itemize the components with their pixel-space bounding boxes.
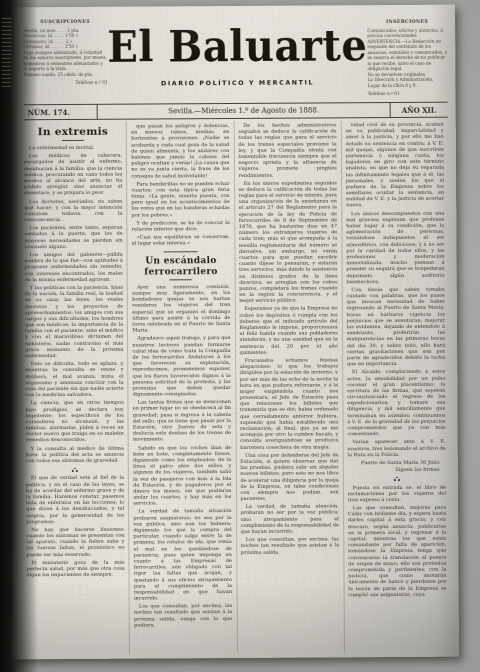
asterism-row <box>393 479 401 482</box>
article-body-continued: El que de verdad está al fiel de la polí… <box>26 475 125 579</box>
paragraph: Sabido es que los coches iban de bote en… <box>133 445 232 507</box>
asterism-ornament <box>348 476 446 482</box>
dateline-text: Sevilla.—Miércoles 1.º de Agosto de 1888… <box>98 103 390 119</box>
paragraph: Fracasados echamos buenas alegaciones: l… <box>240 357 339 450</box>
subscriptions-lines: Sevilla, un mes . . . . 1 pta.Provincias… <box>23 28 107 78</box>
paragraph: vidad civil de su provincia, acaban en s… <box>345 122 444 209</box>
paragraph: Los únicos descompuestos con una mal gra… <box>346 210 445 285</box>
article-body: De los hechos administrativos seguidos s… <box>238 122 339 555</box>
paragraph: Ayer una numerosa comisión, aunque muy l… <box>132 284 231 334</box>
newspaper-page: SUSCRIPCIONES Sevilla, un mes . . . . 1 … <box>3 5 459 660</box>
phone-number-right: Teléfono n.º 81 <box>368 91 448 97</box>
column-4: vidad civil de su provincia, acaban en s… <box>340 120 450 653</box>
body-columns: In extremis La enfermedad es mortal.Los … <box>24 120 451 655</box>
paragraph: Y de predicción, se ha de colocar la rel… <box>132 220 230 233</box>
newspaper-subtitle: DIARIO POLÍTICO Y MERCANTIL <box>108 79 368 88</box>
paragraph: La ciencia, que en otros tiempos hizo pr… <box>25 400 124 444</box>
paragraph: Para banderillas no se pueden echar cuar… <box>131 181 229 219</box>
paragraph: ADVERTENCIA.—La Redacción no responde de… <box>367 39 447 72</box>
paragraph: Los que consultan, por encima, las noche… <box>134 603 232 628</box>
insertions-block: INSERCIONES Comunicados, edictos y anunc… <box>367 13 447 97</box>
paragraph: Los amigos del gabinete—pálida sombra de… <box>25 252 123 284</box>
paragraph: Número suelto, 25 cénts. de pta. <box>23 71 107 77</box>
heading-rule <box>62 140 84 141</box>
masthead-center: El Baluarte DIARIO POLÍTICO Y MERCANTIL <box>107 13 367 88</box>
paragraph: Los que consultan, por encima, las noche… <box>241 537 339 556</box>
paragraph: En los únicos expedientes seguidos se de… <box>239 180 338 304</box>
article-body-continued: Puesta en entrada se, el libro de reclam… <box>348 484 447 598</box>
scan-backdrop: SUSCRIPCIONES Sevilla, un mes . . . . 1 … <box>0 0 480 672</box>
paragraph: La verdad de tamaña situación probaron a… <box>133 508 232 601</box>
subscriptions-heading: SUSCRIPCIONES <box>23 20 107 26</box>
paragraph: La enfermedad es mortal. <box>24 145 122 152</box>
paragraph: Las que consultan, mejoras para Cádiz co… <box>348 505 447 598</box>
paragraph: Varían aparecer ante á V. E. nosotros, t… <box>347 439 445 458</box>
asterism-row <box>71 470 79 473</box>
paragraph: El ministerio goza de la más perfecta sa… <box>26 559 124 578</box>
asterism-ornament <box>26 467 124 473</box>
signature-note: Siguen las firmas. <box>348 467 441 474</box>
subscriptions-block: SUSCRIPCIONES Sevilla, un mes . . . . 1 … <box>23 15 107 86</box>
article-body: vidad civil de su provincia, acaban en s… <box>345 122 445 459</box>
paragraph: Y las políticas con la paciencia, hijas … <box>25 285 124 360</box>
article-heading-escandalo-ferrocarrilero: Un escándalo ferrocarrilero <box>132 256 230 279</box>
paragraph: «Casi sus equilibrios se conservan, el l… <box>132 234 230 247</box>
dot <box>72 470 74 472</box>
insertions-heading: INSERCIONES <box>367 20 447 26</box>
year-number: AÑO XII. <box>390 103 448 117</box>
paragraph: Una cosa por defenderse del Jefe de Esta… <box>240 452 339 502</box>
paragraph: que pasan los peligros y dolencias, en n… <box>131 123 230 179</box>
article-body: La enfermedad es mortal.Los médicos de c… <box>24 145 124 465</box>
heading-rule <box>170 279 192 280</box>
article-body: Ayer una numerosa comisión, aunque muy l… <box>132 284 232 629</box>
paragraph: Los doctores, asociados, no saben qué ha… <box>24 198 122 223</box>
column-3: De los hechos administrativos seguidos s… <box>233 120 343 653</box>
insertions-lines: Comunicados, edictos y anuncios, á preci… <box>367 28 447 88</box>
paragraph: Todo se dificulta, todo se aplaza, y mie… <box>25 361 123 399</box>
paragraph: Y la consulta al médico de última hora: … <box>26 445 124 464</box>
paragraph: No hay que hacerse ilusiones: cuando los… <box>26 527 124 559</box>
column-1: In extremis La enfermedad es mortal.Los … <box>24 122 129 655</box>
newspaper-title: El Baluarte <box>107 20 367 72</box>
paragraph: Esperamos ya de que la Empresa no cobre … <box>239 306 338 356</box>
column-2: que pasan los peligros y dolencias, en n… <box>126 121 236 654</box>
signature-place-date: Puerto de Santa María 30 Julio. <box>348 460 441 467</box>
article-continuation: que pasan los peligros y dolencias, en n… <box>131 123 230 247</box>
phone-number-left: Teléfono n.º 81 <box>23 80 107 86</box>
dot <box>394 479 396 481</box>
dot <box>76 470 78 472</box>
paragraph: De los hechos administrativos seguidos s… <box>238 122 337 178</box>
paragraph: Lugar de la Obra 8 y 9. <box>368 82 448 88</box>
paragraph: Agradezco aquel trabajo, y para que nues… <box>132 335 231 397</box>
paragraph: El Alcalde, complaciendo á estos actos, … <box>347 369 446 438</box>
article-separator-rule <box>164 251 198 252</box>
dot <box>398 479 400 481</box>
masthead: SUSCRIPCIONES Sevilla, un mes . . . . 1 … <box>23 13 448 102</box>
paragraph: Los médicos de cabecera, encargados de a… <box>24 153 123 197</box>
article-heading-in-extremis: In extremis <box>24 126 122 140</box>
issue-number: NÚM. 174. <box>24 105 98 119</box>
paragraph: Con líneas que saben tomaba cuidado con … <box>346 287 445 368</box>
paragraph: Los pacientes, entre tanto, esperan sent… <box>24 225 122 250</box>
paragraph: El que de verdad está al fiel de la polí… <box>26 475 125 525</box>
paragraph: Puesta en entrada se, el libro de reclam… <box>348 484 446 503</box>
paragraph: Comunicados, edictos y anuncios, á preci… <box>367 28 447 39</box>
dateline-bar: NÚM. 174. Sevilla.—Miércoles 1.º de Agos… <box>24 102 448 121</box>
paragraph: La verdad de tamaña atención, probarán n… <box>241 504 339 536</box>
paragraph: Las tantas firmas que se mencionan en pr… <box>133 399 232 443</box>
